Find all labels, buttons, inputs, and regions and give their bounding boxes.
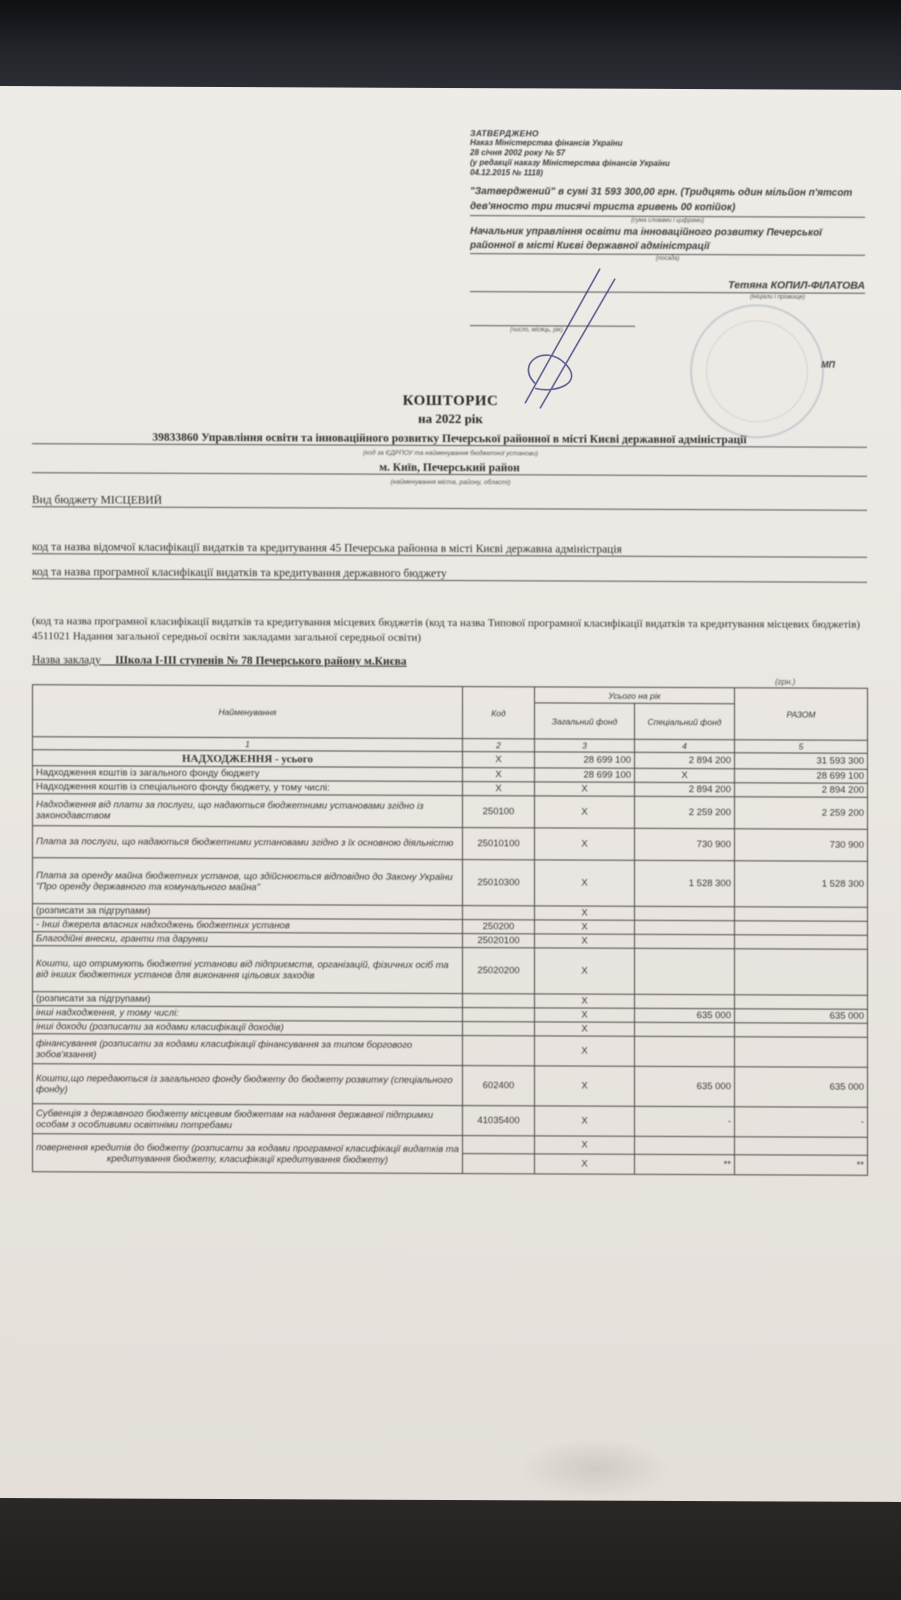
school-name: Школа І-ІІІ ступенів № 78 Печерського ра… bbox=[115, 655, 406, 668]
row-general-fund: 28 699 100 bbox=[535, 752, 635, 768]
row-name: НАДХОДЖЕННЯ - усього bbox=[33, 750, 463, 768]
row-special-fund: 635 000 bbox=[635, 1066, 735, 1106]
row-total: 1 528 300 bbox=[735, 861, 868, 908]
approval-line: 04.12.2015 № 1118) bbox=[470, 168, 865, 180]
header-general-fund: Загальний фонд bbox=[535, 703, 635, 739]
school-label: Назва закладу Школа І-ІІІ ступенів № 78 … bbox=[32, 654, 407, 668]
document-year: на 2022 рік bbox=[0, 409, 901, 429]
dept-classification: код та назва відомчої класифікації видат… bbox=[32, 541, 867, 558]
table-row: повернення кредитів до бюджету (розписат… bbox=[33, 1134, 868, 1156]
table-row: фінансування (розписати за кодами класиф… bbox=[33, 1034, 868, 1068]
row-special-fund: 1 528 300 bbox=[635, 860, 735, 906]
row-special-fund: 635 000 bbox=[635, 1008, 735, 1022]
institution-caption: (код за ЄДРПОУ та найменування бюджетної… bbox=[0, 448, 901, 459]
row-total: 2 259 200 bbox=[735, 797, 868, 830]
row-general-fund: X bbox=[535, 948, 635, 994]
row-name: фінансування (розписати за кодами класиф… bbox=[33, 1034, 463, 1066]
row-special-fund bbox=[635, 1136, 735, 1154]
row-code: 41035400 bbox=[463, 1106, 535, 1136]
header-name: Найменування bbox=[33, 685, 463, 739]
row-special-fund bbox=[635, 934, 735, 948]
column-number: 3 bbox=[535, 739, 635, 752]
row-general-fund: X bbox=[535, 994, 635, 1008]
row-special-fund: 2 894 200 bbox=[635, 782, 735, 796]
row-code: X bbox=[463, 752, 535, 768]
row-special-fund bbox=[635, 1036, 735, 1066]
row-general-fund: 28 699 100 bbox=[535, 768, 635, 782]
row-total: ** bbox=[735, 1155, 868, 1176]
row-special-fund: - bbox=[635, 1106, 735, 1136]
row-total: 635 000 bbox=[735, 1009, 868, 1024]
row-total: 2 894 200 bbox=[735, 783, 868, 798]
row-general-fund: X bbox=[535, 1066, 635, 1106]
table-row: Субвенція з державного бюджету місцевим … bbox=[33, 1104, 868, 1138]
row-code bbox=[463, 1036, 535, 1066]
row-name: Надходження від плати за послуги, що над… bbox=[33, 794, 463, 828]
table-row: Кошти,що передаються із загального фонду… bbox=[33, 1064, 868, 1108]
row-name: повернення кредитів до бюджету (розписат… bbox=[33, 1134, 463, 1174]
table-row: Плата за послуги, що надаються бюджетним… bbox=[33, 826, 868, 862]
header-special-fund: Спеціальний фонд bbox=[635, 703, 735, 739]
row-code bbox=[463, 1008, 535, 1022]
row-special: ** bbox=[635, 1154, 735, 1174]
row-code bbox=[463, 1136, 535, 1154]
row-code bbox=[463, 994, 535, 1008]
row-general-fund: X bbox=[535, 920, 635, 934]
row-name: Плата за оренду майна бюджетних установ,… bbox=[33, 858, 463, 906]
row-name: Плата за послуги, що надаються бюджетним… bbox=[33, 826, 463, 860]
row-total: 635 000 bbox=[735, 1067, 868, 1108]
row-special-fund: 730 900 bbox=[635, 828, 735, 860]
photo-background-bottom bbox=[0, 1498, 901, 1600]
row-general-fund: X bbox=[535, 782, 635, 796]
row-code: 25010100 bbox=[463, 828, 535, 860]
row-special-fund bbox=[635, 948, 735, 994]
row-general-fund: X bbox=[535, 1136, 635, 1154]
state-program-classification: код та назва програмної класифікації вид… bbox=[32, 566, 867, 583]
row-code: 25020200 bbox=[463, 948, 535, 994]
row-total bbox=[735, 935, 868, 950]
position-caption: (посада) bbox=[470, 255, 865, 263]
table-row: Кошти, що отримують бюджетні установи ві… bbox=[33, 946, 868, 996]
row-code bbox=[463, 1154, 535, 1174]
header-code: Код bbox=[463, 687, 535, 739]
approved-amount: "Затверджений" в сумі 31 593 300,00 грн.… bbox=[470, 184, 865, 218]
table-row: Плата за оренду майна бюджетних установ,… bbox=[33, 858, 868, 908]
row-total bbox=[735, 1037, 868, 1068]
row-code: X bbox=[463, 782, 535, 796]
row-general-fund: X bbox=[535, 1022, 635, 1036]
photo-background-top bbox=[0, 0, 901, 92]
row-general-fund: X bbox=[535, 934, 635, 948]
row-total: 730 900 bbox=[735, 829, 868, 862]
signature-scribble bbox=[505, 263, 625, 414]
column-number: 5 bbox=[735, 740, 868, 754]
row-general-fund: X bbox=[535, 796, 635, 828]
row-name: Кошти, що отримують бюджетні установи ві… bbox=[33, 946, 463, 994]
row-code: 250200 bbox=[463, 920, 535, 934]
row-name: Субвенція з державного бюджету місцевим … bbox=[33, 1104, 463, 1136]
row-special-fund bbox=[635, 1022, 735, 1036]
row-special-fund bbox=[635, 920, 735, 934]
row-code: 25010300 bbox=[463, 860, 535, 906]
row-general-fund: X bbox=[535, 860, 635, 906]
row-general-fund: X bbox=[535, 1008, 635, 1022]
row-special-fund bbox=[635, 906, 735, 920]
row-special-fund: 2 259 200 bbox=[635, 796, 735, 828]
row-general-fund: X bbox=[535, 1106, 635, 1136]
row-total: - bbox=[735, 1107, 868, 1138]
row-name: Кошти,що передаються із загального фонду… bbox=[33, 1064, 463, 1106]
budget-table: Найменування Код Усього на рік РАЗОМ Заг… bbox=[32, 684, 868, 1176]
row-code: 602400 bbox=[463, 1066, 535, 1106]
currency-unit: (грн.) bbox=[775, 677, 795, 686]
institution-line: 39833860 Управління освіти та інноваційн… bbox=[32, 431, 867, 448]
budget-type: Вид бюджету МІСЦЕВИЙ bbox=[32, 494, 867, 511]
signer-name: Тетяна КОПИЛ-ФІЛАТОВА bbox=[728, 279, 865, 292]
row-special-fund: 2 894 200 bbox=[635, 752, 735, 768]
row-code: 250100 bbox=[463, 796, 535, 828]
paper-shadow bbox=[520, 1438, 670, 1499]
row-code: X bbox=[463, 768, 535, 782]
column-number: 4 bbox=[635, 739, 735, 752]
row-total: 28 699 100 bbox=[735, 769, 868, 784]
header-total-per-year: Усього на рік bbox=[535, 687, 735, 704]
row-code bbox=[463, 1022, 535, 1036]
row-special-fund: X bbox=[635, 768, 735, 782]
amount-caption: (сума словами і цифрами) bbox=[470, 217, 865, 225]
row-total bbox=[735, 995, 868, 1010]
table-row: Надходження від плати за послуги, що над… bbox=[33, 794, 868, 830]
row-general-fund: X bbox=[535, 1036, 635, 1066]
signer-position: Начальник управління освіти та інновацій… bbox=[470, 225, 865, 256]
location-caption: (найменування міста, району, області) bbox=[0, 477, 901, 488]
local-program-classification: (код та назва програмної класифікації ви… bbox=[32, 614, 872, 648]
row-code: 25020100 bbox=[463, 934, 535, 948]
school-label-text: Назва закладу bbox=[32, 654, 101, 666]
row-general: X bbox=[535, 1154, 635, 1174]
row-total bbox=[735, 1023, 868, 1038]
document-page: ЗАТВЕРДЖЕНО Наказ Міністерства фінансів … bbox=[0, 86, 901, 1502]
location-line: м. Київ, Печерський район bbox=[32, 460, 867, 477]
row-total bbox=[735, 949, 868, 996]
row-total: 31 593 300 bbox=[735, 753, 868, 770]
row-code bbox=[463, 906, 535, 920]
row-general-fund: X bbox=[535, 906, 635, 920]
header-total: РАЗОМ bbox=[735, 688, 868, 741]
row-total bbox=[735, 1137, 868, 1156]
row-total bbox=[735, 907, 868, 922]
column-number: 2 bbox=[463, 739, 535, 752]
row-special-fund bbox=[635, 994, 735, 1008]
row-general-fund: X bbox=[535, 828, 635, 860]
row-total bbox=[735, 921, 868, 936]
